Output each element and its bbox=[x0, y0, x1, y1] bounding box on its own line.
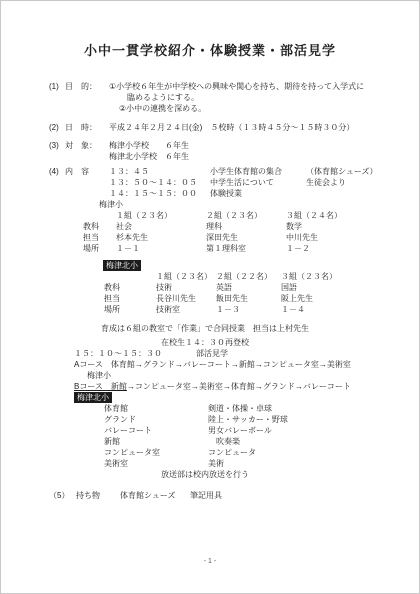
table-cell: 国語 bbox=[281, 282, 376, 293]
table-row: 場所 技術室 １－３ １－４ bbox=[104, 304, 419, 315]
table-cell: 数学 bbox=[286, 221, 381, 232]
umezukita-class-table: １組（２３名） ２組（２２名） ３組（２３名） 教科 技術 英語 国語 担当 長… bbox=[104, 271, 419, 315]
club-row: 美術室 美術 bbox=[104, 458, 419, 469]
schedule-item: 体験授業 bbox=[210, 188, 306, 199]
umezu-class-table: １組（２３名） ２組（２３名） ３組（２４名） 教科 社会 理科 数学 担当 杉… bbox=[83, 210, 419, 254]
table-header-cell: ２組（２２名） bbox=[216, 271, 281, 282]
table-header-cell: １組（２３名） bbox=[116, 210, 206, 221]
schedule-item: 小学生体育館の集合 bbox=[210, 166, 306, 177]
section-number: (2) bbox=[49, 122, 65, 133]
table-cell: 社会 bbox=[116, 221, 206, 232]
row-label: 担当 bbox=[83, 232, 116, 243]
course-b-school-row: 梅津北小 bbox=[1, 392, 419, 403]
table-cell: １－３ bbox=[216, 304, 281, 315]
club-place: グランド bbox=[104, 414, 208, 425]
joint-class-note: 育成は６組の教室で「作業」で合同授業 担当は上村先生 bbox=[1, 323, 419, 334]
broadcast-club-note: 放送部は校内放送を行う bbox=[1, 469, 419, 480]
schedule-note: 生徒会より bbox=[306, 177, 346, 188]
belonging-item: 体育館シューズ bbox=[120, 490, 190, 501]
section-target: (3) 対 象： 梅津小学校 ６年生 梅津北小学校 ６年生 bbox=[1, 140, 419, 162]
table-cell: 技術室 bbox=[156, 304, 216, 315]
table-cell: 第１理科室 bbox=[206, 243, 286, 254]
schedule-item: 中学生活について bbox=[210, 177, 306, 188]
table-header-cell: ３組（２４名） bbox=[286, 210, 381, 221]
row-label: 教科 bbox=[104, 282, 156, 293]
purpose-line-2: 臨めるようにする。 bbox=[109, 92, 364, 103]
club-row: 体育館 剣道・体操・卓球 bbox=[104, 403, 419, 414]
table-cell: １－１ bbox=[116, 243, 206, 254]
club-tour-label: 部活見学 bbox=[196, 348, 228, 359]
section-number: (3) bbox=[49, 140, 65, 151]
course-b-rest: →コンピュータ室→美術室→体育館→グランド→バレーコート bbox=[127, 382, 351, 391]
table-cell: 英語 bbox=[216, 282, 281, 293]
table-header-cell: ２組（２３名） bbox=[206, 210, 286, 221]
umezukita-school-label: 梅津北小 bbox=[103, 260, 141, 271]
page-title: 小中一貫学校紹介・体験授業・部活見学 bbox=[1, 43, 419, 59]
table-row: 担当 長谷川先生 飯田先生 阪上先生 bbox=[104, 293, 419, 304]
club-location-table: 体育館 剣道・体操・卓球 グランド 陸上・サッカー・野球 バレーコート 男女バレ… bbox=[104, 403, 419, 469]
section-label: 目 的： bbox=[65, 81, 109, 92]
club-name: 男女バレーボール bbox=[208, 425, 419, 436]
club-tour-time-row: １５：１０～１５：３０ 部活見学 bbox=[1, 348, 419, 359]
umezukita-label-row: 梅津北小 bbox=[1, 260, 419, 271]
club-name: 陸上・サッカー・野球 bbox=[208, 414, 419, 425]
course-b-route: Bコース 新館→コンピュータ室→美術室→体育館→グランド→バレーコート bbox=[1, 381, 419, 392]
club-name: 美術 bbox=[208, 458, 419, 469]
table-cell: 理科 bbox=[206, 221, 286, 232]
table-cell: 阪上先生 bbox=[281, 293, 376, 304]
table-cell: 技術 bbox=[156, 282, 216, 293]
table-row: 教科 社会 理科 数学 bbox=[83, 221, 419, 232]
section-label: 持ち物 bbox=[76, 490, 120, 501]
club-row: コンピュータ室 コンピュータ bbox=[104, 447, 419, 458]
row-label: 場所 bbox=[83, 243, 116, 254]
table-row: 場所 １－１ 第１理科室 １－２ bbox=[83, 243, 419, 254]
section-label: 日 時： bbox=[65, 122, 109, 133]
table-cell: 杉本先生 bbox=[116, 232, 206, 243]
table-header-cell: １組（２３名） bbox=[156, 271, 216, 282]
club-place: 体育館 bbox=[104, 403, 208, 414]
table-row: 担当 杉本先生 深田先生 中川先生 bbox=[83, 232, 419, 243]
target-line-1: 梅津小学校 ６年生 bbox=[109, 140, 189, 151]
section-number: (1) bbox=[49, 81, 65, 92]
row-label: 場所 bbox=[104, 304, 156, 315]
table-corner-cell bbox=[104, 271, 156, 282]
target-text: 梅津小学校 ６年生 梅津北小学校 ６年生 bbox=[109, 140, 189, 162]
table-cell: 深田先生 bbox=[206, 232, 286, 243]
club-name: 吹奏楽 bbox=[208, 436, 419, 447]
course-b-head: Bコース 新館 bbox=[74, 382, 127, 391]
club-place: 新館 bbox=[104, 436, 208, 447]
table-cell: １－２ bbox=[286, 243, 381, 254]
umezu-school-label: 梅津小 bbox=[1, 199, 419, 210]
section-number: （5） bbox=[49, 490, 76, 501]
row-label: 教科 bbox=[83, 221, 116, 232]
table-cell: 中川先生 bbox=[286, 232, 381, 243]
page-number: - 1 - bbox=[1, 556, 419, 567]
section-label: 対 象： bbox=[65, 140, 109, 151]
row-label: 担当 bbox=[104, 293, 156, 304]
schedule-time: １３：４５ bbox=[109, 166, 210, 177]
course-a-school-label: 梅津小 bbox=[1, 370, 419, 381]
club-place: 美術室 bbox=[104, 458, 208, 469]
schedule-note: （体育館シューズ） bbox=[306, 166, 377, 177]
schedule-time: １３：５０～１４：０５ bbox=[109, 177, 210, 188]
target-line-2: 梅津北小学校 ６年生 bbox=[109, 151, 189, 162]
club-name: 剣道・体操・卓球 bbox=[208, 403, 419, 414]
section-label: 内 容 bbox=[65, 166, 109, 177]
table-cell: 長谷川先生 bbox=[156, 293, 216, 304]
purpose-line-1: ①小学校６年生が中学校への興味や関心を持ち、期待を持って入学式に bbox=[109, 81, 364, 92]
club-row: グランド 陸上・サッカー・野球 bbox=[104, 414, 419, 425]
table-header-cell: ３組（２３名） bbox=[281, 271, 376, 282]
table-cell: 飯田先生 bbox=[216, 293, 281, 304]
club-place: コンピュータ室 bbox=[104, 447, 208, 458]
table-header-row: １組（２３名） ２組（２３名） ３組（２４名） bbox=[83, 210, 419, 221]
reentry-note: 在校生１４：３０再登校 bbox=[1, 337, 419, 348]
table-cell: １－４ bbox=[281, 304, 376, 315]
purpose-line-3: ②小中の連携を深める。 bbox=[109, 103, 364, 114]
club-row: 新館 吹奏楽 bbox=[104, 436, 419, 447]
section-number: (4) bbox=[49, 166, 65, 177]
section-belongings: （5） 持ち物 体育館シューズ 筆記用具 bbox=[1, 490, 419, 501]
belonging-item: 筆記用具 bbox=[190, 490, 222, 501]
club-tour-time: １５：１０～１５：３０ bbox=[74, 348, 196, 359]
club-name: コンピュータ bbox=[208, 447, 419, 458]
section-datetime: (2) 日 時： 平成２４年２月２４日(金) ５校時（１３時４５分～１５時３０分… bbox=[1, 122, 419, 133]
purpose-text: ①小学校６年生が中学校への興味や関心を持ち、期待を持って入学式に 臨めるようにす… bbox=[109, 81, 364, 114]
section-contents: (4) 内 容 １３：４５ 小学生体育館の集合 （体育館シューズ） bbox=[1, 166, 419, 177]
schedule-time: １４：１５～１５：００ bbox=[109, 188, 210, 199]
club-row: バレーコート 男女バレーボール bbox=[104, 425, 419, 436]
course-a-route: Aコース 体育館→グランド→バレーコート→新館→コンピュータ室→美術室 bbox=[1, 359, 419, 370]
datetime-text: 平成２４年２月２４日(金) ５校時（１３時４５分～１５時３０分） bbox=[109, 122, 354, 133]
schedule-row: １４：１５～１５：００ 体験授業 bbox=[1, 188, 419, 199]
club-place: バレーコート bbox=[104, 425, 208, 436]
section-purpose: (1) 目 的： ①小学校６年生が中学校への興味や関心を持ち、期待を持って入学式… bbox=[1, 81, 419, 114]
table-corner-cell bbox=[83, 210, 116, 221]
table-header-row: １組（２３名） ２組（２２名） ３組（２３名） bbox=[104, 271, 419, 282]
schedule-row: １３：５０～１４：０５ 中学生活について 生徒会より bbox=[1, 177, 419, 188]
document-page: 小中一貫学校紹介・体験授業・部活見学 (1) 目 的： ①小学校６年生が中学校へ… bbox=[0, 0, 420, 594]
table-row: 教科 技術 英語 国語 bbox=[104, 282, 419, 293]
course-b-school-label: 梅津北小 bbox=[74, 392, 112, 403]
